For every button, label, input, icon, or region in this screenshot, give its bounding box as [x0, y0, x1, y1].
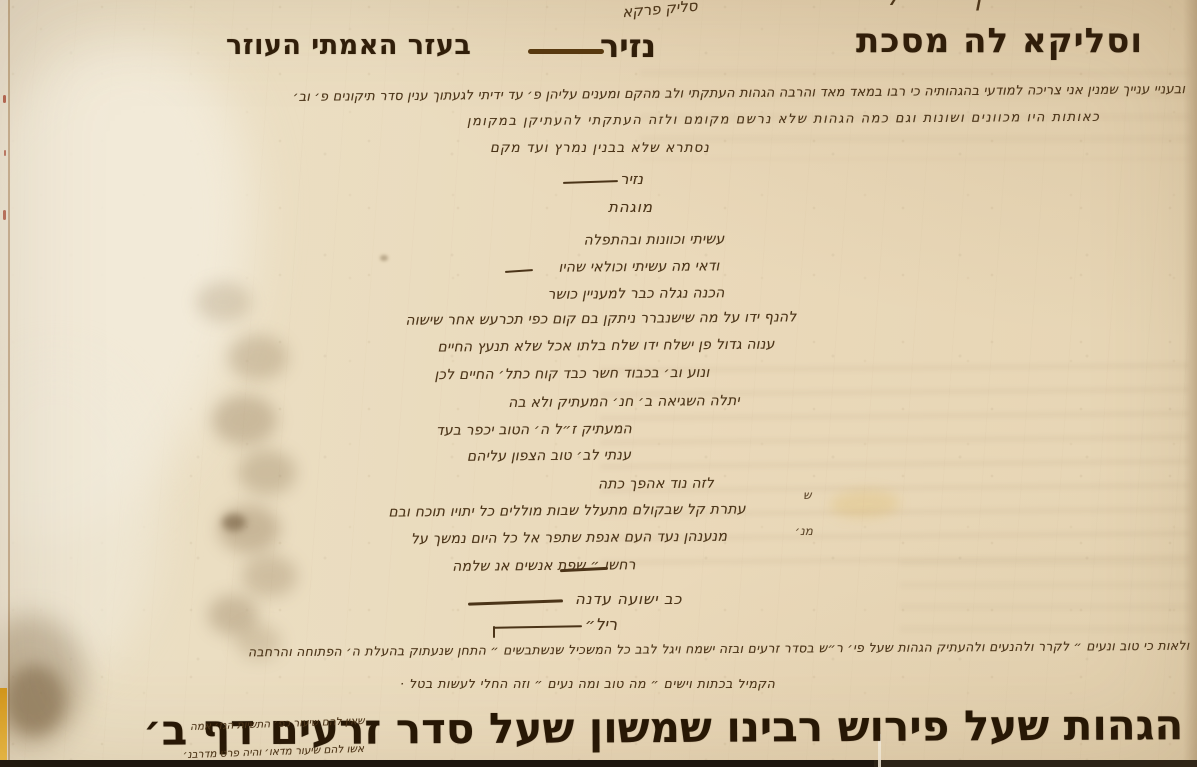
chapter-end-note: סליק פרקא	[621, 0, 698, 21]
stain-blotch-1	[0, 615, 85, 745]
yellow-edge-strip	[0, 688, 7, 767]
red-speck-3	[3, 210, 6, 220]
section-title-cursive: נזיר	[620, 170, 643, 188]
poem-line-7: יתלה השגיאה ב׳ חנ׳ המעתיק ולא בה	[508, 393, 740, 411]
poem-line-10: לזה נוד אהפך כתה	[597, 475, 713, 492]
poem-line-11: עתרת קל שבקולם מתעלל שבות מוללים כל יתוי…	[388, 501, 745, 520]
closing-line-2: הקמיל בכתות וישים ״ מה טוב ומה נעים ״ וז…	[400, 676, 775, 691]
intro-line-2: כאותות היו מכוונים ושונות וגם כמה הגהות …	[467, 110, 1100, 129]
blessing-heading: בעזר האמתי העוזר	[226, 30, 471, 61]
scan-bottom-black-strip	[0, 760, 1197, 767]
signature-name: כב ישועה עדנה	[575, 590, 682, 608]
stain-smudge-3	[212, 395, 277, 445]
poem-line-2: ודאי מה עשיתי וכולאי שהיו	[558, 258, 719, 275]
red-speck-1	[3, 95, 6, 103]
stain-smudge-2	[228, 335, 288, 380]
signature-initials-hook	[493, 626, 495, 638]
stray-mark-2: מנ׳	[795, 524, 813, 538]
poem-line-8: המעתיק ז״ל ה׳ הטוב יכפר בעד	[435, 421, 631, 439]
poem-line-12: מנענהן נעד העם אנפת שתפר אל כל היום נמשך…	[410, 529, 726, 548]
stain-small-dot	[380, 255, 388, 261]
poem-line-3: הכנה נגלה כבר למעניין כושר	[547, 285, 724, 303]
section-status-label: מוגהת	[608, 198, 653, 216]
stray-mark-1: ש	[803, 488, 812, 502]
stain-blotch-2	[5, 665, 65, 735]
stain-light-wash-2	[0, 360, 160, 680]
stain-smudge-dot	[222, 514, 246, 531]
stain-smudge-6	[242, 555, 297, 597]
poem-line-13: רחשו ״ שפת אנשים אנ שלמה	[452, 557, 636, 575]
intro-line-1: ובעניי ענייך שמנין אני צריכה למודעי בהגה…	[293, 82, 1185, 105]
stain-smudge-4	[238, 450, 296, 495]
left-page-edge-line	[8, 0, 10, 767]
poem-line-4: להנף ידו על מה שישנברר ניתקן בם קום כפי …	[405, 309, 796, 328]
bleedthrough-ghost-3	[900, 560, 1190, 640]
stain-smudge-1	[196, 282, 251, 322]
poem-line-1: עשיתי וכוונות ובהתפלה	[583, 231, 724, 248]
closing-line-1: ולאות כי טוב ונעים ״ לקרר ולהנעים ולהעתי…	[248, 638, 1190, 660]
red-speck-2	[4, 150, 6, 156]
stain-smudge-7	[208, 595, 258, 635]
intro-line-3: נסתרא שלא בבנין נמרץ ועד מקם	[490, 140, 710, 156]
poem-line-5: ענוה גדול פן ישלח ידו שלח בלתו אכל שלא ת…	[437, 337, 774, 356]
tractate-name-heading: נזיר	[600, 28, 656, 65]
signature-initials-tail	[494, 625, 582, 629]
stain-light-wash-1	[0, 0, 313, 587]
left-margin-light-strip	[0, 0, 8, 767]
signature-name-tail	[468, 599, 563, 605]
stain-smudge-5	[218, 505, 280, 553]
poem-line-6: ונוע וב׳ בכבוד חשר כבד קוח כתל׳ החיים לכ…	[434, 365, 709, 383]
stain-yellow-smear	[830, 489, 901, 519]
section-title-tail	[563, 180, 618, 184]
top-edge-cut-fragment: ך ל	[885, 0, 1012, 12]
signature-initials: ריל״	[585, 615, 617, 634]
poem-line-9: ענתי לב׳ טוב הצפון עליהם	[466, 447, 630, 464]
poem-line-2-tail	[505, 269, 533, 273]
nazir-flourish-line	[528, 49, 604, 54]
tractate-end-heading: וסליקא לה מסכת	[856, 22, 1143, 61]
manuscript-page: סליק פרקא ך ל וסליקא לה מסכת נזיר בעזר ה…	[0, 0, 1197, 767]
